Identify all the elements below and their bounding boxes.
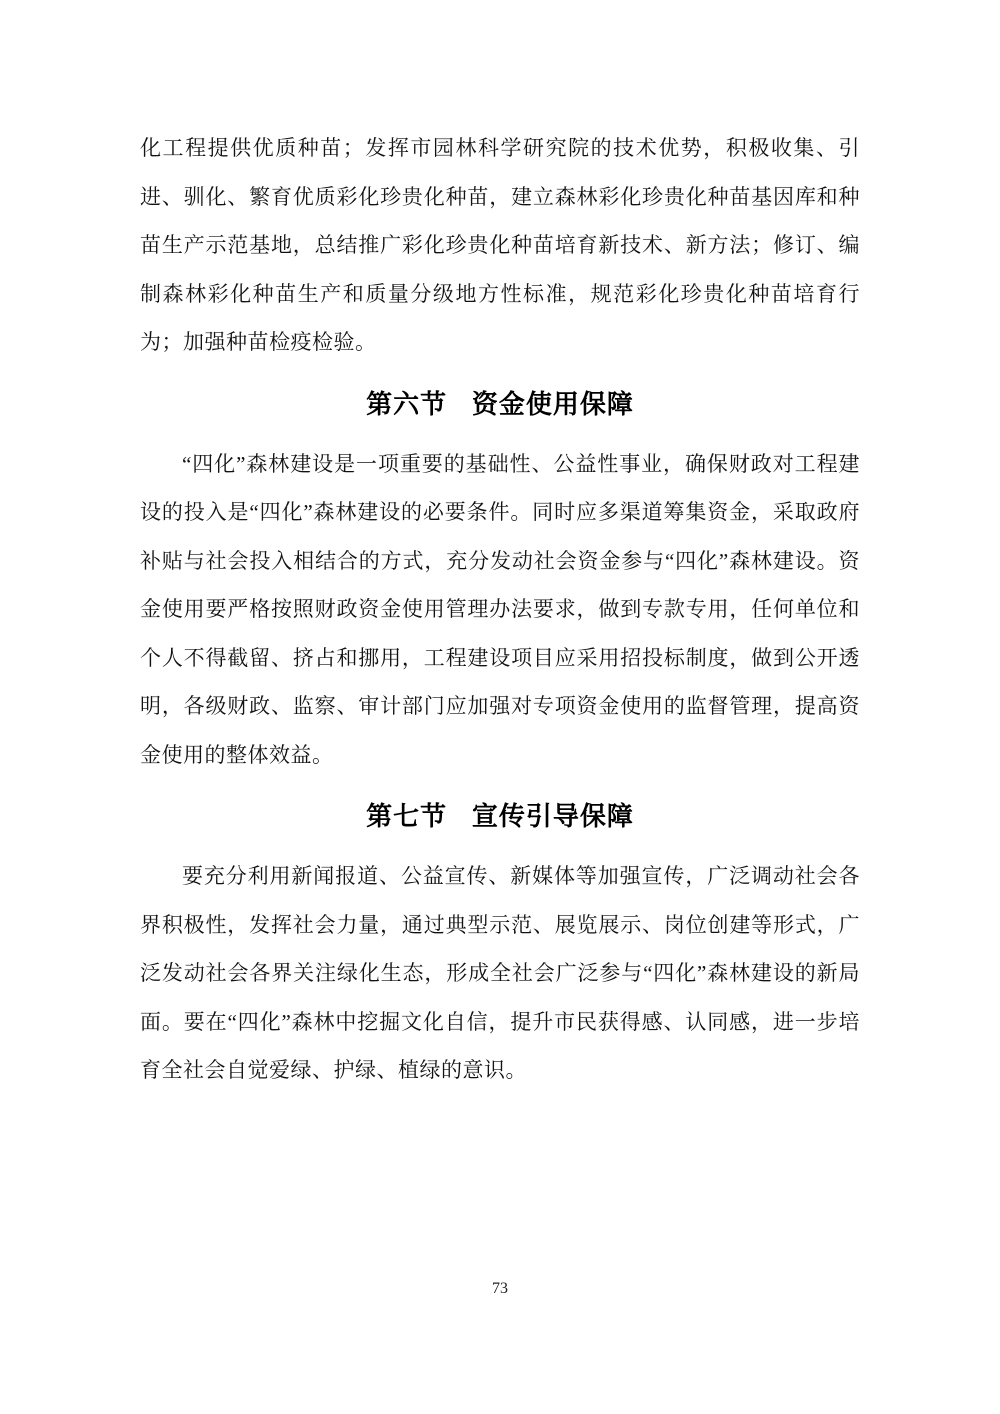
section-title: 资金使用保障 (472, 389, 634, 419)
page-number: 73 (0, 1280, 1000, 1298)
section-number-label: 第六节 (366, 389, 447, 419)
section-6-paragraph: “四化”森林建设是一项重要的基础性、公益性事业，确保财政对工程建设的投入是“四化… (140, 440, 860, 780)
page-content: 化工程提供优质种苗；发挥市园林科学研究院的技术优势，积极收集、引进、驯化、繁育优… (140, 0, 860, 1095)
section-7-paragraph: 要充分利用新闻报道、公益宣传、新媒体等加强宣传，广泛调动社会各界积极性，发挥社会… (140, 852, 860, 1095)
continuation-paragraph: 化工程提供优质种苗；发挥市园林科学研究院的技术优势，积极收集、引进、驯化、繁育优… (140, 124, 860, 367)
document-page: 化工程提供优质种苗；发挥市园林科学研究院的技术优势，积极收集、引进、驯化、繁育优… (0, 0, 1000, 1414)
section-heading-6: 第六节资金使用保障 (140, 382, 860, 426)
section-heading-7: 第七节宣传引导保障 (140, 794, 860, 838)
section-number-label: 第七节 (366, 801, 447, 831)
section-title: 宣传引导保障 (472, 801, 634, 831)
